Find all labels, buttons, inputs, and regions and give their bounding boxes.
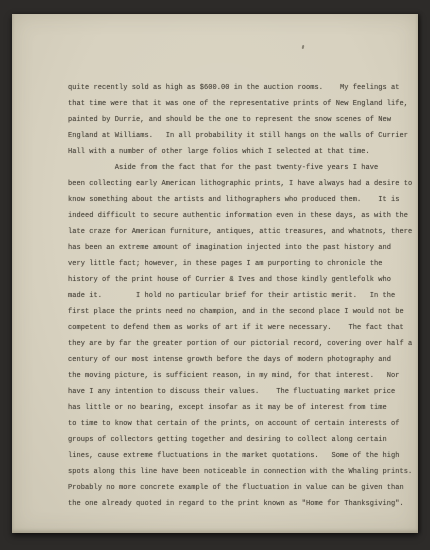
- text-line: they are by far the greater portion of o…: [68, 336, 412, 352]
- text-line: first place the prints need no champion,…: [68, 304, 412, 320]
- text-line: late craze for American furniture, antiq…: [68, 224, 412, 240]
- text-line: Probably no more concrete example of the…: [68, 480, 412, 496]
- text-line: Aside from the fact that for the past tw…: [68, 160, 412, 176]
- text-line: have I any intention to discuss their va…: [68, 384, 412, 400]
- text-line: quite recently sold as high as $600.00 i…: [68, 80, 412, 96]
- text-line: has little or no bearing, except insofar…: [68, 400, 412, 416]
- text-line: has been an extreme amount of imaginatio…: [68, 240, 412, 256]
- text-line: made it. I hold no particular brief for …: [68, 288, 412, 304]
- text-line: history of the print house of Currier & …: [68, 272, 412, 288]
- text-line: to time to know that certain of the prin…: [68, 416, 412, 432]
- text-line: the one already quoted in regard to the …: [68, 496, 412, 512]
- text-line: spots along this line have been noticeab…: [68, 464, 412, 480]
- text-line: the moving picture, is sufficient reason…: [68, 368, 412, 384]
- text-line: Hall with a number of other large folios…: [68, 144, 412, 160]
- typewritten-text-block: quite recently sold as high as $600.00 i…: [68, 80, 412, 512]
- text-line: know something about the artists and lit…: [68, 192, 412, 208]
- text-line: century of our most intense growth befor…: [68, 352, 412, 368]
- manuscript-page: quite recently sold as high as $600.00 i…: [12, 14, 418, 533]
- text-line: lines, cause extreme fluctuations in the…: [68, 448, 412, 464]
- text-line: very little fact; however, in these page…: [68, 256, 412, 272]
- text-line: groups of collectors getting together an…: [68, 432, 412, 448]
- scan-backdrop: quite recently sold as high as $600.00 i…: [0, 0, 430, 550]
- text-line: that time were that it was one of the re…: [68, 96, 412, 112]
- paper-speck: [302, 45, 305, 49]
- text-line: been collecting early American lithograp…: [68, 176, 412, 192]
- text-line: competent to defend them as works of art…: [68, 320, 412, 336]
- text-line: indeed difficult to secure authentic inf…: [68, 208, 412, 224]
- text-line: painted by Durrie, and should be the one…: [68, 112, 412, 128]
- text-line: England at Williams. In all probability …: [68, 128, 412, 144]
